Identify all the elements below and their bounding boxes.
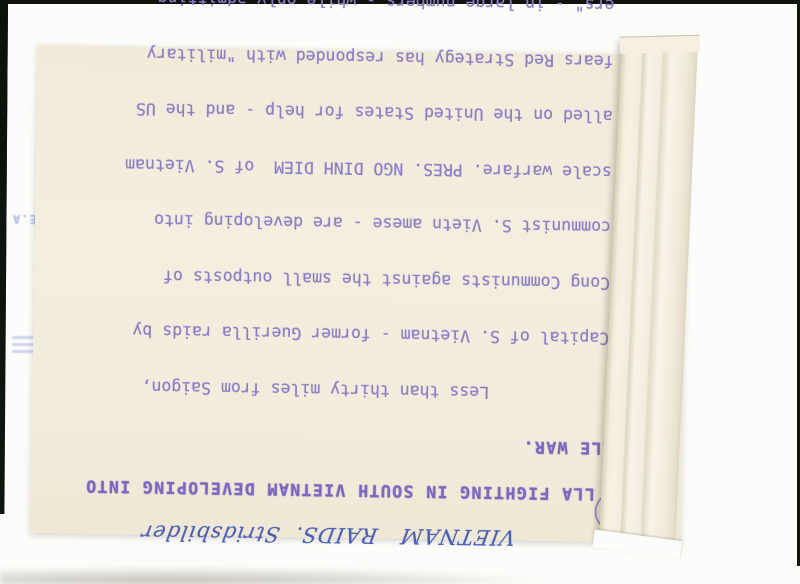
- side-stamp-fragment: E.A: [12, 212, 37, 226]
- caption-line: alled on the United States for help - an…: [41, 98, 613, 125]
- caption-line: ers" - in large numbers - while only adm…: [42, 0, 614, 14]
- stamp-dash: [12, 350, 34, 353]
- caption-line: communist S. Vietn amese - are developin…: [39, 209, 611, 236]
- handwriting-text: VIETNAM RAIDS. Stridsbilder: [139, 520, 517, 549]
- caption-line: scale warfare. PRES. NGO DINH DIEM of S.…: [40, 153, 612, 180]
- scan-edge-left: [0, 0, 8, 514]
- caption-line: Capital of S. Vietnam - former Guerilla …: [37, 320, 609, 347]
- photo-caption-paper: 3+62 LLA FIGHTING IN SOUTH VIETNAM DEVEL…: [30, 45, 688, 543]
- side-stamp-dashes: [12, 332, 34, 357]
- stamp-dash: [12, 343, 34, 346]
- caption-line: Less than thirty miles from Saigon,: [36, 375, 608, 402]
- caption-line: Cong Communists against the small outpos…: [38, 264, 610, 291]
- caption-line: fears Red Strategy has responded with "m…: [42, 42, 614, 69]
- caption-content-rotated: 3+62 LLA FIGHTING IN SOUTH VIETNAM DEVEL…: [30, 45, 688, 543]
- stamp-dash: [12, 336, 34, 339]
- caption-title-line-1: LLA FIGHTING IN SOUTH VIETNAM DEVELOPING…: [85, 477, 595, 504]
- handwritten-archive-note: VIETNAM RAIDS. Stridsbilder: [118, 524, 531, 574]
- typed-caption-block: Less than thirty miles from Saigon, Capi…: [36, 0, 624, 440]
